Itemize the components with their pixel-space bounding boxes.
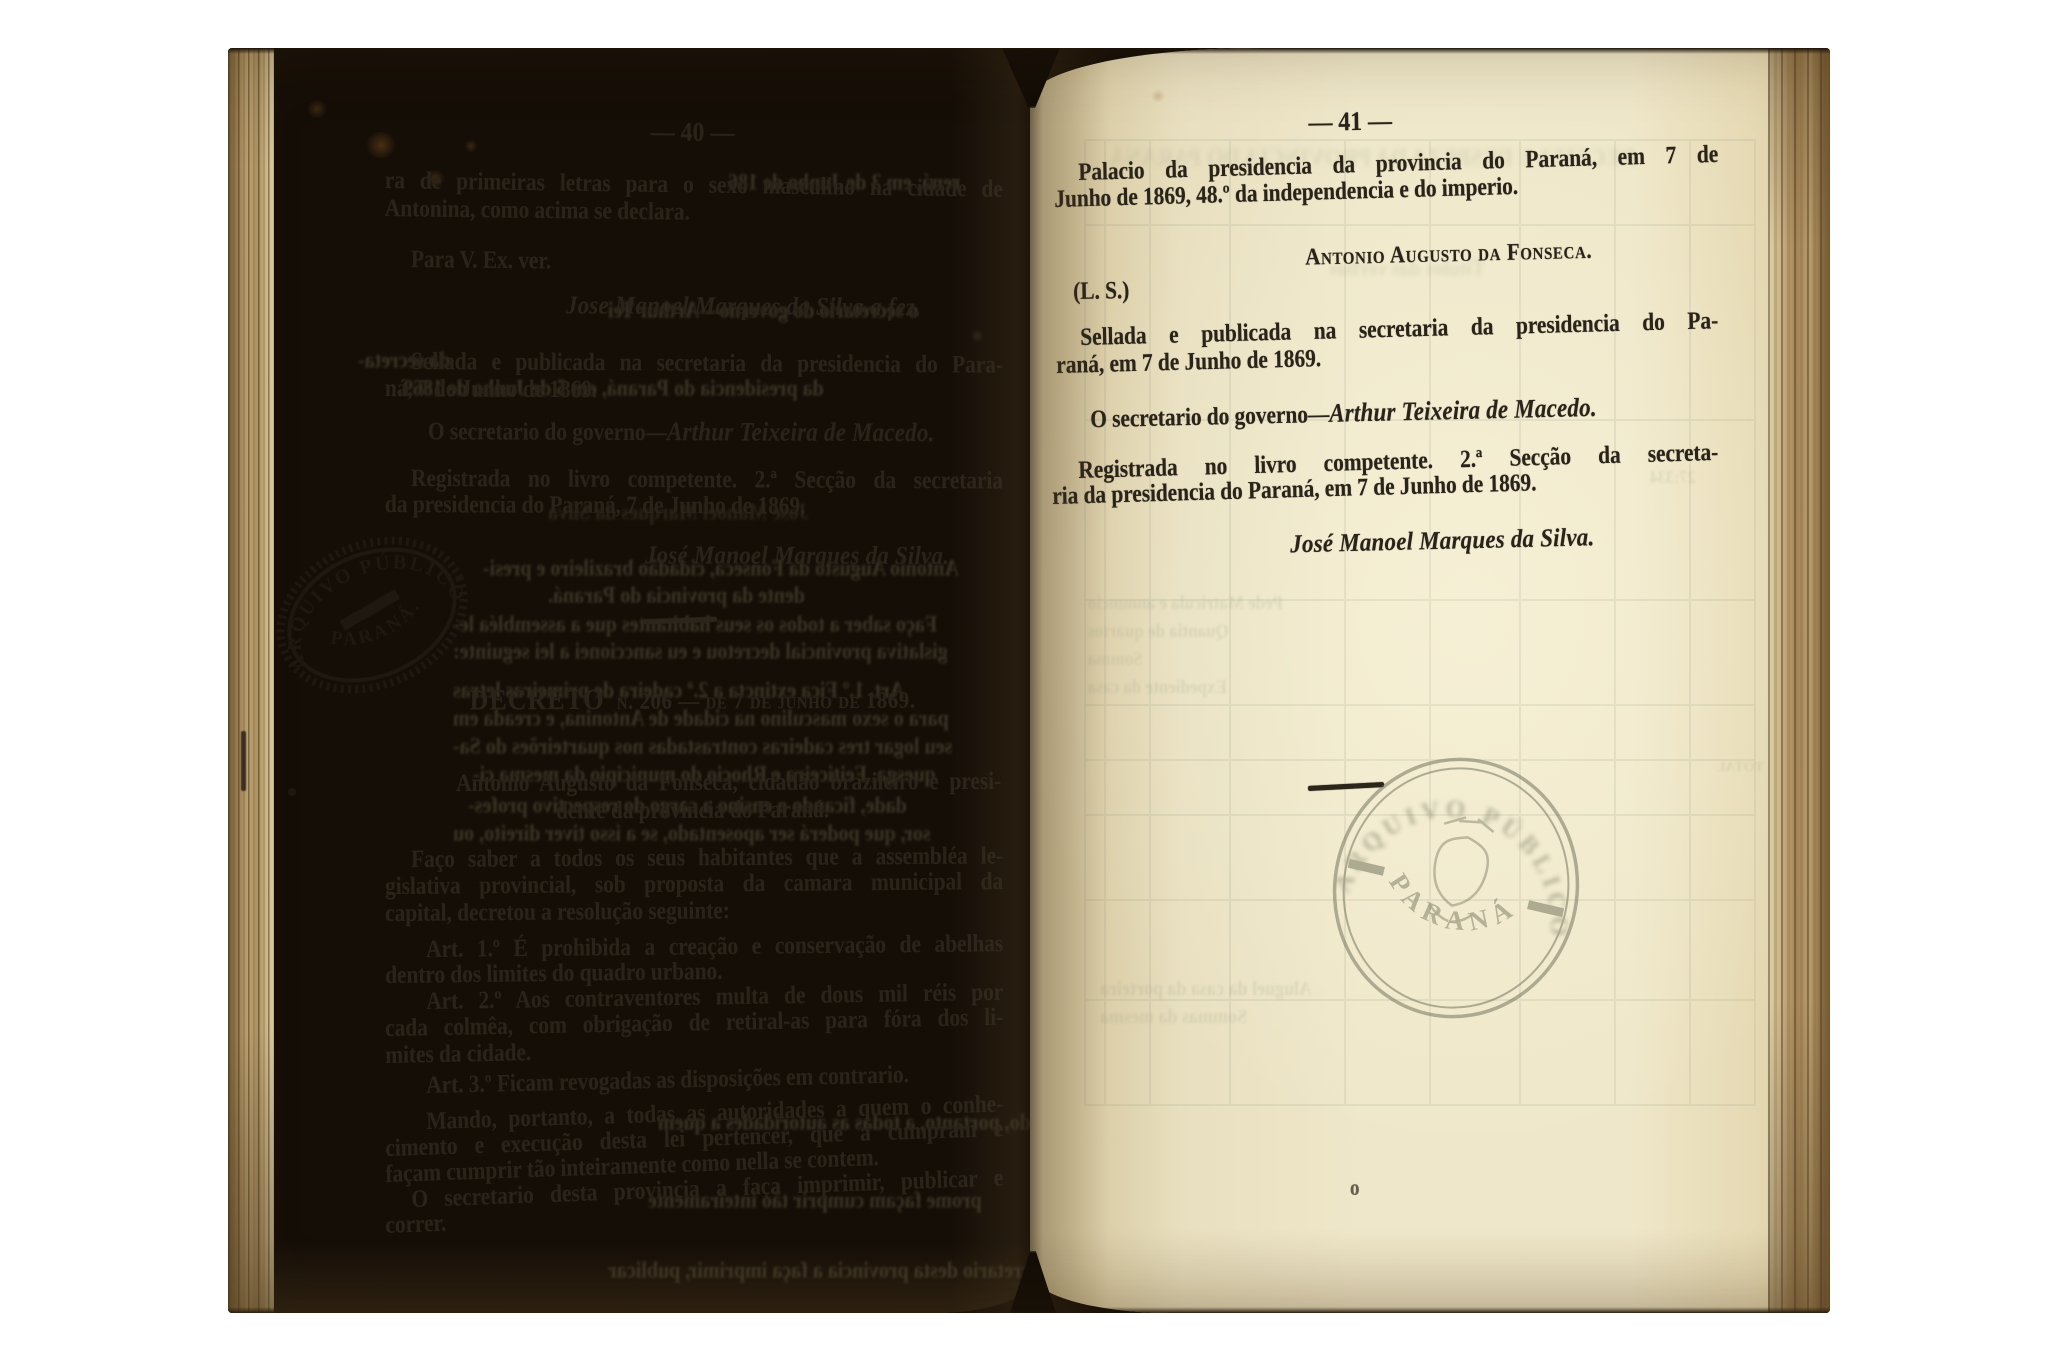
signature-line: Jose Manoel Marques da Silva a fez. [566,291,921,323]
decree-heading-date: n. 206 — de 7 de junho de 1869. [617,686,916,714]
ghost-text-line: Faço saber a todos os seus habitantes qu… [453,612,937,637]
stray-ink-mark: o [1350,1176,1359,1202]
ghost-text-line: Aluguel da casa da porteira [1100,978,1312,1001]
text-line: Antonina, como acima se declara. [385,194,690,226]
ghost-text-line: TOTAL [1716,760,1764,775]
ghost-text-line: O secretario desta provincia a faça impr… [608,1258,1030,1283]
text-line: dente da provincia do Paraná. [385,795,1000,826]
page-number-left: — 40 — [385,116,1000,152]
text-line: (L. S.) [1073,276,1129,306]
svg-text:PARANÁ: PARANÁ [1375,863,1527,950]
ghost-text-line: Sommas da mesma [1100,1006,1247,1029]
ghost-text-line: dente da provincia do Paraná. [548,583,805,608]
ghost-text-line: Pede Matricula e annuncio [1088,593,1283,614]
decree-heading-word: DECRETO [470,683,605,716]
text-line: O secretario do governo—Arthur Teixeira … [428,416,935,449]
ghost-text-line: Quantia de quartos [1088,621,1229,642]
text-segment: O secretario do governo— [1090,400,1329,433]
signature-line: José Manoel Marques da Silva. [645,541,949,571]
foxing-spot [970,330,984,342]
book-spread-photo: rená, em 3 de Junho de 186 o secretario … [228,48,1830,1313]
signature-segment: Arthur Teixeira de Macedo. [667,417,935,447]
ghost-text-line: Expediente da casa [1088,677,1227,698]
ghost-text-line: Somma [1088,649,1143,670]
ink-speck [288,788,296,796]
fore-edge-dark-streak [241,731,246,791]
text-line: da presidencia do Paraná, 7 de Junho de … [385,490,805,520]
decree-heading: DECRETOn. 206 — de 7 de junho de 1869. [385,682,1000,718]
ghost-text-line: seu logar tres cadeiras contrastadas nos… [453,734,952,759]
ghost-text-line: 27:334 [1650,468,1695,488]
left-page-bottom-shadow [228,1307,1030,1313]
scanned-book-photo-canvas: rená, em 3 de Junho de 186 o secretario … [0,0,2056,1371]
left-page-top-shadow [228,48,1030,54]
text-line: Para V. Ex. ver. [411,245,551,275]
foxing-spot [306,100,328,118]
text-line: mites da cidade. [385,1038,531,1070]
signature-segment: Arthur Teixeira de Macedo. [1329,393,1597,428]
left-page: rená, em 3 de Junho de 186 o secretario … [228,48,1030,1313]
stamp-bottom-text: PARANÁ [1375,863,1527,950]
text-line: capital, decretou a resolução seguinte: [385,896,730,927]
ghost-text-line: gislativa provincial decretou e eu sancc… [453,639,948,664]
text-line: ná, 7 de Junho de 1869. [385,374,597,404]
text-line: correr. [385,1209,447,1240]
left-fore-edge-pages [228,48,274,1313]
right-page: RECEITA E DESPEZA DA PROVINCIA DO PARANÁ… [1030,48,1830,1313]
text-segment: O secretario do governo— [428,417,667,446]
